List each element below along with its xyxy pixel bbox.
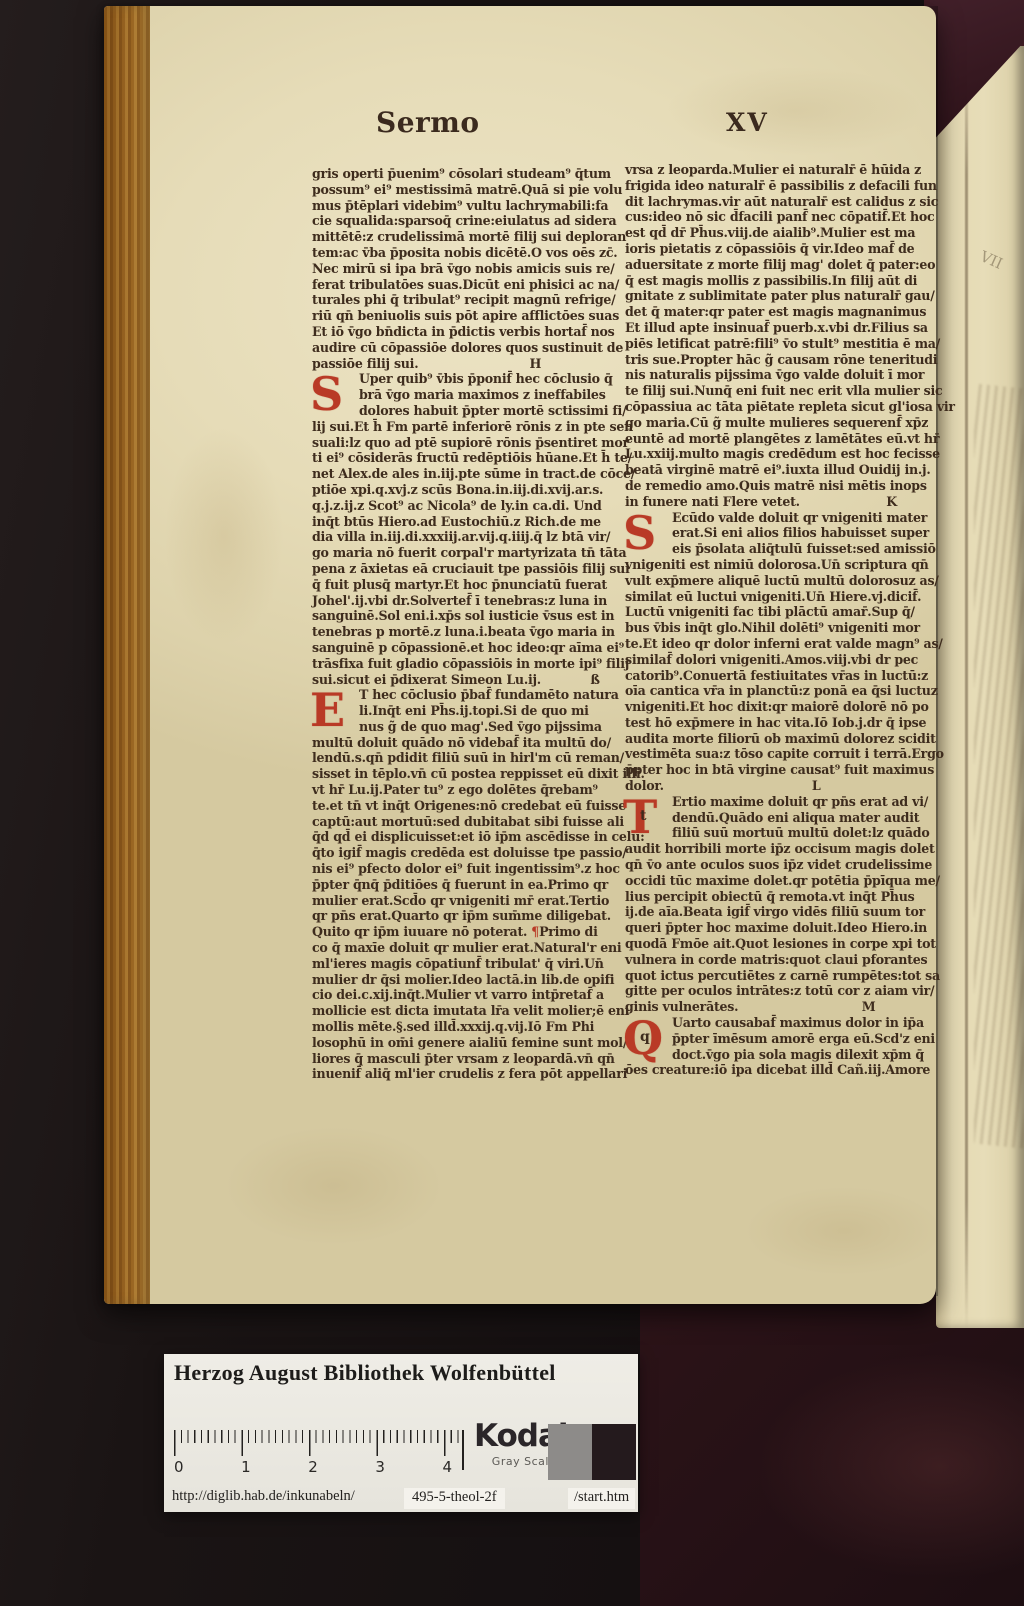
facing-page-faint-text bbox=[974, 383, 1024, 1148]
text-line: de remedio amo.Quis matrē nisi mētis ino… bbox=[625, 478, 939, 494]
text-line: p̄pter q̄nq̄ p̄ditiōes q̄ fuerunt in ea.… bbox=[312, 877, 626, 893]
text-line: Ecūdo valde doluit qr vnigeniti materS bbox=[625, 510, 939, 526]
text-line: q̄ est magis mollis z passibilis.In fili… bbox=[625, 273, 939, 289]
binding-leather-bottom bbox=[640, 1295, 1024, 1606]
running-header: Sermo XV bbox=[104, 106, 936, 146]
gray-scale-patch-light bbox=[548, 1424, 592, 1480]
text-line: nis ei⁹ pfecto dolor ei⁹ fuit ingentissi… bbox=[312, 861, 626, 877]
text-line: erat.Si eni alios filios habuisset super bbox=[625, 525, 939, 541]
text-line: vrsa z leoparda.Mulier ei naturalr̄ ē hū… bbox=[625, 162, 939, 178]
text-line: mittētē:z crudelissimā mortē filij sui d… bbox=[312, 229, 626, 245]
text-line: losophū in om̄i genere aialiū femine sun… bbox=[312, 1035, 626, 1051]
text-line: sanguinē p cōpassionē.et hoc ideo:qr aīm… bbox=[312, 640, 626, 656]
text-line: vnigeniti.Et hoc dixit:qr maiorē dolorē … bbox=[625, 699, 939, 715]
text-line: est qd̄ dr̄ Ph̄us.viij.de aialib⁹.Mulier… bbox=[625, 225, 939, 241]
text-line: te filij sui.Nunq̄ eni fuit nec erit vll… bbox=[625, 383, 939, 399]
text-line: nis naturalis pijssima v̄go valde doluit… bbox=[625, 367, 939, 383]
text-line: dia villa in.iij.di.xxxiij.ar.vij.q.iiij… bbox=[312, 529, 626, 545]
text-line: Uarto causabaf̄ maximus dolor in ip̄aQq bbox=[625, 1015, 939, 1031]
text-line: queri p̄pter hoc maxime doluit.Ideo Hier… bbox=[625, 920, 939, 936]
text-line: audit horribili morte ip̄z occisum magis… bbox=[625, 841, 939, 857]
library-url: http://diglib.hab.de/inkunabeln/ bbox=[172, 1488, 355, 1505]
text-line: p̄pter īmēsum amorē erga eū.Scd'z eni bbox=[625, 1031, 939, 1047]
text-line: vult exp̄mere aliquē luctū multū doloros… bbox=[625, 573, 939, 589]
rubric-pilcrow: ¶ bbox=[531, 924, 539, 939]
stain bbox=[224, 1126, 444, 1246]
text-line: audire cū cōpassiōe dolores quos sustinu… bbox=[312, 340, 626, 356]
text-line: suali:lz quo ad ptē supiorē rōnis p̄sent… bbox=[312, 435, 626, 451]
text-line: trāsfixa fuit gladio cōpassiōis in morte… bbox=[312, 656, 626, 672]
text-line: q̄ fuit plusq̄ martyr.Et hoc p̄nunciatū … bbox=[312, 577, 626, 593]
text-line: cie squalida:sparsoq̄ crine:eiulatus ad … bbox=[312, 213, 626, 229]
text-line: q.j.z.ij.z Scot⁹ ac Nicola⁹ de ly.in ca.… bbox=[312, 498, 626, 514]
text-line: inuenif̄ aliq̄ ml'ier crudelis z fera pō… bbox=[312, 1066, 626, 1082]
text-line: te.et tn̄ vt inq̄t Origenes:nō credebat … bbox=[312, 798, 626, 814]
text-line: vt hr̄ Lu.ij.Pater tu⁹ z ego dolētes q̄r… bbox=[312, 782, 626, 798]
text-line: Luctū vnigeniti fac tibi plāctū amar̄.Su… bbox=[625, 604, 939, 620]
text-line: tenebras p mortē.z luna.i.beata v̄go mar… bbox=[312, 624, 626, 640]
text-line: sui.sicut ei p̄dixerat Simeon Lu.ij. ß bbox=[312, 672, 626, 688]
text-column-left: gris operti p̄uenim⁹ cōsolari studeam⁹ q… bbox=[312, 166, 626, 1082]
text-line: pena z āxietas eā cruciauit tpe passiōis… bbox=[312, 561, 626, 577]
text-line: Et iō v̄go bn̄dicta in p̄dictis verbis h… bbox=[312, 324, 626, 340]
text-line: similaf̄ dolori vnigeniti.Amos.viij.vbi … bbox=[625, 652, 939, 668]
text-line: q̄d qd̄ ei displicuisset:et iō ip̄m ascē… bbox=[312, 829, 626, 845]
text-line: net Alex.de ales in.iij.pte sūme in trac… bbox=[312, 466, 626, 482]
pencil-corner-mark: VII bbox=[977, 247, 1005, 273]
text-line: ginis vulnerātes. M bbox=[625, 999, 939, 1015]
text-line: nus g̃ de quo mag'.Sed v̄go pijssima bbox=[312, 719, 626, 735]
text-line: Lu.xxiij.multo magis credēdum est hoc fe… bbox=[625, 446, 939, 462]
text-line: ōes creature:iō ipa dicebat illd̄ Cañ.ii… bbox=[625, 1062, 939, 1078]
text-line: cōpassiua ac tāta piētate repleta sicut … bbox=[625, 399, 939, 415]
text-line: Ertio maxime doluit qr pn̄s erat ad vi/T… bbox=[625, 794, 939, 810]
text-line: filiū suū mortuū multū dolet:lz quādo bbox=[625, 825, 939, 841]
text-line: captū:aut mortuū:sed dubitabat sibi fuis… bbox=[312, 814, 626, 830]
text-line: turales phi q̄ tribulat⁹ recipit magnū r… bbox=[312, 292, 626, 308]
text-line: Johel'.ij.vbi dr.Solvertef̄ ī tenebras:z… bbox=[312, 593, 626, 609]
text-line: vnigeniti est nimiū dolorosa.Un̄ scriptu… bbox=[625, 557, 939, 573]
text-line: ferat tribulatōes suas.Dicūt eni phisici… bbox=[312, 277, 626, 293]
text-line: liores q̄ masculi p̄ter vrsam z leopardā… bbox=[312, 1051, 626, 1067]
text-line: Nec mirū si ipa brā v̄go nobis amicis su… bbox=[312, 261, 626, 277]
text-line: inq̄t btūs Hiero.ad Eustochiū.z Rich.de … bbox=[312, 514, 626, 530]
text-line: beatā virginē matrē ei⁹.iuxta illud Ouid… bbox=[625, 462, 939, 478]
start-file: /start.htm bbox=[568, 1488, 635, 1509]
text-line: doct.v̄go pia sola magis dilexit xp̄m q̄ bbox=[625, 1047, 939, 1063]
text-line: gitte per oculos intrātes:z totū cor z a… bbox=[625, 983, 939, 999]
text-line: gris operti p̄uenim⁹ cōsolari studeam⁹ q… bbox=[312, 166, 626, 182]
text-line: qr pn̄s erat.Quarto qr ip̄m sum̄me dilig… bbox=[312, 908, 626, 924]
text-line: lendū.s.qn̄ pdidit filiū suū in hirl'm c… bbox=[312, 750, 626, 766]
ruler-number: 1 bbox=[241, 1458, 251, 1476]
page-fold-line bbox=[965, 46, 968, 1328]
ruler-ticks bbox=[174, 1430, 462, 1456]
text-line: ptiōe xpi.q.xvj.z scūs Bona.in.iij.di.xv… bbox=[312, 482, 626, 498]
text-line: det q̄ mater:qr pater est magis magnanim… bbox=[625, 304, 939, 320]
ruler-end-tick bbox=[462, 1430, 464, 1470]
text-line: ti ei⁹ cōsiderās fructū redēptiōis hūane… bbox=[312, 450, 626, 466]
text-line: T hec cōclusio p̄baf̄ fundamēto naturaE bbox=[312, 687, 626, 703]
text-line: dolor. L bbox=[625, 778, 939, 794]
card-footer: http://diglib.hab.de/inkunabeln/ 495-5-t… bbox=[172, 1486, 632, 1510]
ruler-number: 3 bbox=[375, 1458, 385, 1476]
book-page: Sermo XV gris operti p̄uenim⁹ cōsolari s… bbox=[104, 6, 936, 1304]
text-line: vulnera in corde matris:quot claui pfora… bbox=[625, 952, 939, 968]
text-line: cus:ideo nō sic d̄facili panf̄ nec cōpat… bbox=[625, 209, 939, 225]
sermon-number: XV bbox=[726, 108, 769, 137]
running-title: Sermo bbox=[376, 106, 480, 139]
text-line: bus v̄bis inq̄t glo.Nihil dolēti⁹ vnigen… bbox=[625, 620, 939, 636]
text-line: quodā Fmōe ait.Quot lesiones in corpe xp… bbox=[625, 936, 939, 952]
text-column-right: vrsa z leoparda.Mulier ei naturalr̄ ē hū… bbox=[625, 162, 939, 1078]
photograph: VII Sermo XV gris operti p̄uenim⁹ cōsola… bbox=[0, 0, 1024, 1606]
stain bbox=[164, 426, 284, 646]
text-line: similat eū luctui vnigeniti.Un̄ Hiere.vj… bbox=[625, 589, 939, 605]
text-line: tem:ac v̄ba p̄posita nobis dicētē.O vos … bbox=[312, 245, 626, 261]
text-line: passiōe filij sui. H bbox=[312, 356, 626, 372]
text-line: sanguinē.Sol eni.i.xp̄s sol iusticie v̄s… bbox=[312, 608, 626, 624]
text-line: quot ictus percutiētes z carnē rumpētes:… bbox=[625, 968, 939, 984]
text-line: mulier dr q̄si molier.Ideo lactā.in lib.… bbox=[312, 972, 626, 988]
text-line: tris sue.Propter hāc g̃ causam rōne tene… bbox=[625, 352, 939, 368]
text-line: q̄to igif̄ magis credēda est doluisse tp… bbox=[312, 845, 626, 861]
text-line: euntē ad mortē plangētes z lamētātes eū.… bbox=[625, 431, 939, 447]
ruler-number: 4 bbox=[442, 1458, 452, 1476]
text-line: vestimēta sua:z tōso capite corruit i te… bbox=[625, 746, 939, 762]
text-line: multū doluit quādo nō videbaf̄ ita multū… bbox=[312, 735, 626, 751]
ruler: 0 1 2 3 4 bbox=[174, 1430, 466, 1480]
text-line: ml'ieres magis cōpatiunf̄ tribulat' q̄ v… bbox=[312, 956, 626, 972]
text-line: oīa cantica vr̄a in planctū:z ponā ea q̄… bbox=[625, 683, 939, 699]
text-line: aduersitate z morte filij mag' dolet q̄ … bbox=[625, 257, 939, 273]
text-line: sisset in tēplo.vn̄ cū postea reppisset … bbox=[312, 766, 626, 782]
text-line: mus p̄tēplari videbim⁹ vultu lachrymabil… bbox=[312, 198, 626, 214]
color-reference-card: Herzog August Bibliothek Wolfenbüttel 0 … bbox=[164, 1354, 638, 1512]
text-line: gnitate z sublimitate pater plus natural… bbox=[625, 288, 939, 304]
ruler-number: 2 bbox=[308, 1458, 318, 1476]
text-line: dit lachrymas.vir aūt naturalr̄ est cali… bbox=[625, 194, 939, 210]
text-line: catorib⁹.Conuertā festiuitates vr̄as in … bbox=[625, 668, 939, 684]
text-line: ij.de aīa.Beata igif̄ virgo vidēs filiū … bbox=[625, 904, 939, 920]
text-line: brā v̄go maria maximos z ineffabiles bbox=[312, 387, 626, 403]
text-line: li.Inq̄t eni Ph̄s.ij.topi.Si de quo mi bbox=[312, 703, 626, 719]
gray-scale-patch-dark bbox=[592, 1424, 636, 1480]
text-line: mollicie est dicta imutata lr̄a velit mo… bbox=[312, 1003, 626, 1019]
text-line: occidi tūc maxime dolet.qr potētia p̄pīq… bbox=[625, 873, 939, 889]
text-line: eis p̄solata aliq̄tulū fuisset:sed amiss… bbox=[625, 541, 939, 557]
text-line: in funere nati Flere vetet. K bbox=[625, 494, 939, 510]
text-line: Uper quib⁹ v̄bis p̄ponif̄ hec cōclusio q… bbox=[312, 371, 626, 387]
ruler-numbers: 0 1 2 3 4 bbox=[174, 1458, 452, 1476]
text-line: p̄pter hoc in btā virgine causat⁹ fuit m… bbox=[625, 762, 939, 778]
text-line: go maria nō fuerit corpal'r martyrizata … bbox=[312, 545, 626, 561]
text-line: te.Et ideo qr dolor inferni erat valde m… bbox=[625, 636, 939, 652]
text-line: Quito qr ip̄m iuuare nō poterat. ¶Primo … bbox=[312, 924, 626, 940]
stain bbox=[744, 1186, 944, 1276]
text-line: mollis mēte.§.sed illd̄.xxxij.q.vij.Iō F… bbox=[312, 1019, 626, 1035]
text-line: cio dei.c.xij.inq̄t.Mulier vt varro intp… bbox=[312, 987, 626, 1003]
facing-page-edge: VII bbox=[936, 46, 1024, 1328]
text-line: audita morte filiorū ob maximū dolorez s… bbox=[625, 731, 939, 747]
text-line: ioris pietatis z cōpassiōis q̄ vir.Ideo … bbox=[625, 241, 939, 257]
text-line: lij sui.Et h̄ Fm partē inferiorē rōnis z… bbox=[312, 419, 626, 435]
text-line: piēs letificat patrē:fili⁹ v̄o stult⁹ me… bbox=[625, 336, 939, 352]
shelfmark: 495-5-theol-2f bbox=[404, 1488, 505, 1509]
text-line: lius percipit obiectū q̄ remota.vt inq̄t… bbox=[625, 889, 939, 905]
text-line: dolores habuit p̄pter mortē sctissimi fi… bbox=[312, 403, 626, 419]
ruler-number: 0 bbox=[174, 1458, 184, 1476]
text-line: co q̄ maxīe doluit qr mulier erat.Natura… bbox=[312, 940, 626, 956]
text-line: dendū.Quādo eni aliqua mater audit bbox=[625, 810, 939, 826]
text-line: possum⁹ ei⁹ mestissimā matrē.Quā si pie … bbox=[312, 182, 626, 198]
text-line: riū qn̄ beniuolis suis pōt apire afflict… bbox=[312, 308, 626, 324]
text-line: qn̄ v̄o ante oculos suos ip̄z videt crud… bbox=[625, 857, 939, 873]
text-line: go maria.Cū g̃ multe mulieres sequerenf̄… bbox=[625, 415, 939, 431]
text-line: test hō exp̄mere in hac vita.Iō Iob.j.dr… bbox=[625, 715, 939, 731]
text-line: frigida ideo naturalr̄ ē passibilis z de… bbox=[625, 178, 939, 194]
leaf-edge-stack bbox=[104, 6, 150, 1304]
library-name: Herzog August Bibliothek Wolfenbüttel bbox=[174, 1360, 628, 1386]
text-line: Et illud apte insinuaf̄ puerb.x.vbi dr.F… bbox=[625, 320, 939, 336]
text-line: mulier erat.Scd̄o qr vnigeniti mr̄ erat.… bbox=[312, 893, 626, 909]
